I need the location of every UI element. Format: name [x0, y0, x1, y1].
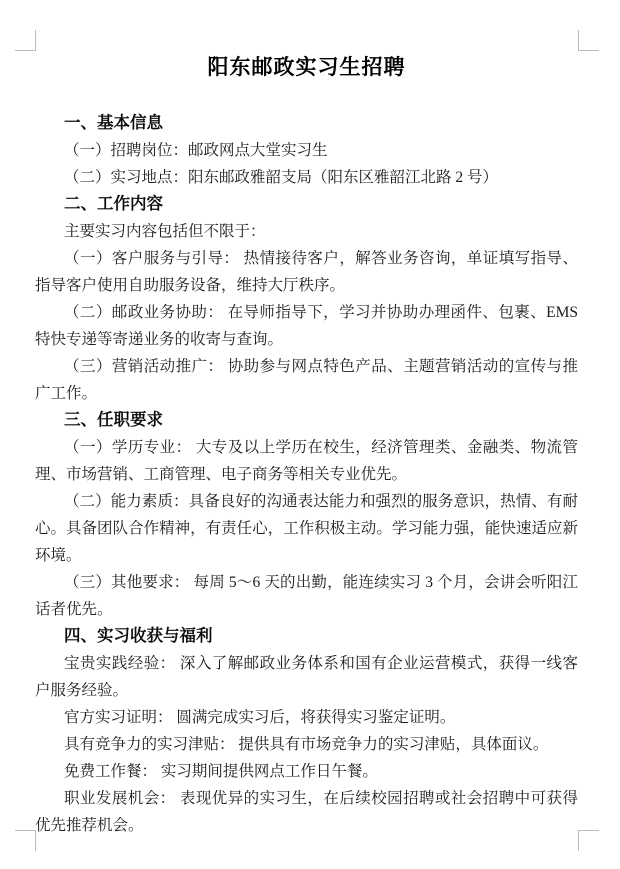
margin-mark-bottom-left-icon: [15, 830, 36, 851]
document-content: 阳东邮政实习生招聘 一、基本信息 （一）招聘岗位：邮政网点大堂实习生 （二）实习…: [35, 50, 578, 839]
paragraph: （二）能力素质：具备良好的沟通表达能力和强烈的服务意识，热情、有耐心。具备团队合…: [35, 488, 578, 569]
section-benefits: 四、实习收获与福利 宝贵实践经验： 深入了解邮政业务体系和国有企业运营模式，获得…: [35, 623, 578, 839]
document-title: 阳东邮政实习生招聘: [35, 50, 578, 110]
paragraph: （一）客户服务与引导： 热情接待客户，解答业务咨询，单证填写指导、指导客户使用自…: [35, 245, 578, 299]
section-heading: 一、基本信息: [35, 110, 578, 137]
margin-mark-top-left-icon: [15, 30, 36, 51]
paragraph: 主要实习内容包括但不限于：: [35, 218, 578, 245]
paragraph: （一）学历专业： 大专及以上学历在校生，经济管理类、金融类、物流管理、市场营销、…: [35, 434, 578, 488]
section-heading: 四、实习收获与福利: [35, 623, 578, 650]
document-page: 阳东邮政实习生招聘 一、基本信息 （一）招聘岗位：邮政网点大堂实习生 （二）实习…: [0, 0, 620, 869]
section-basic-info: 一、基本信息 （一）招聘岗位：邮政网点大堂实习生 （二）实习地点：阳东邮政雅韶支…: [35, 110, 578, 191]
paragraph: （二）实习地点：阳东邮政雅韶支局（阳东区雅韶江北路 2 号）: [35, 164, 578, 191]
paragraph: （三）营销活动推广： 协助参与网点特色产品、主题营销活动的宣传与推广工作。: [35, 353, 578, 407]
paragraph: （三）其他要求： 每周 5～6 天的出勤，能连续实习 3 个月，会讲会听阳江话者…: [35, 569, 578, 623]
section-heading: 二、工作内容: [35, 191, 578, 218]
section-heading: 三、任职要求: [35, 407, 578, 434]
section-job-requirements: 三、任职要求 （一）学历专业： 大专及以上学历在校生，经济管理类、金融类、物流管…: [35, 407, 578, 623]
paragraph: （二）邮政业务协助： 在导师指导下，学习并协助办理函件、包裹、EMS 特快专递等…: [35, 299, 578, 353]
margin-mark-bottom-right-icon: [578, 830, 599, 851]
paragraph: 具有竞争力的实习津贴： 提供具有市场竞争力的实习津贴，具体面议。: [35, 731, 578, 758]
margin-mark-top-right-icon: [578, 30, 599, 51]
paragraph: （一）招聘岗位：邮政网点大堂实习生: [35, 137, 578, 164]
section-work-content: 二、工作内容 主要实习内容包括但不限于： （一）客户服务与引导： 热情接待客户，…: [35, 191, 578, 407]
paragraph: 免费工作餐： 实习期间提供网点工作日午餐。: [35, 758, 578, 785]
paragraph: 官方实习证明： 圆满完成实习后，将获得实习鉴定证明。: [35, 704, 578, 731]
paragraph: 职业发展机会： 表现优异的实习生，在后续校园招聘或社会招聘中可获得优先推荐机会。: [35, 785, 578, 839]
paragraph: 宝贵实践经验： 深入了解邮政业务体系和国有企业运营模式，获得一线客户服务经验。: [35, 650, 578, 704]
